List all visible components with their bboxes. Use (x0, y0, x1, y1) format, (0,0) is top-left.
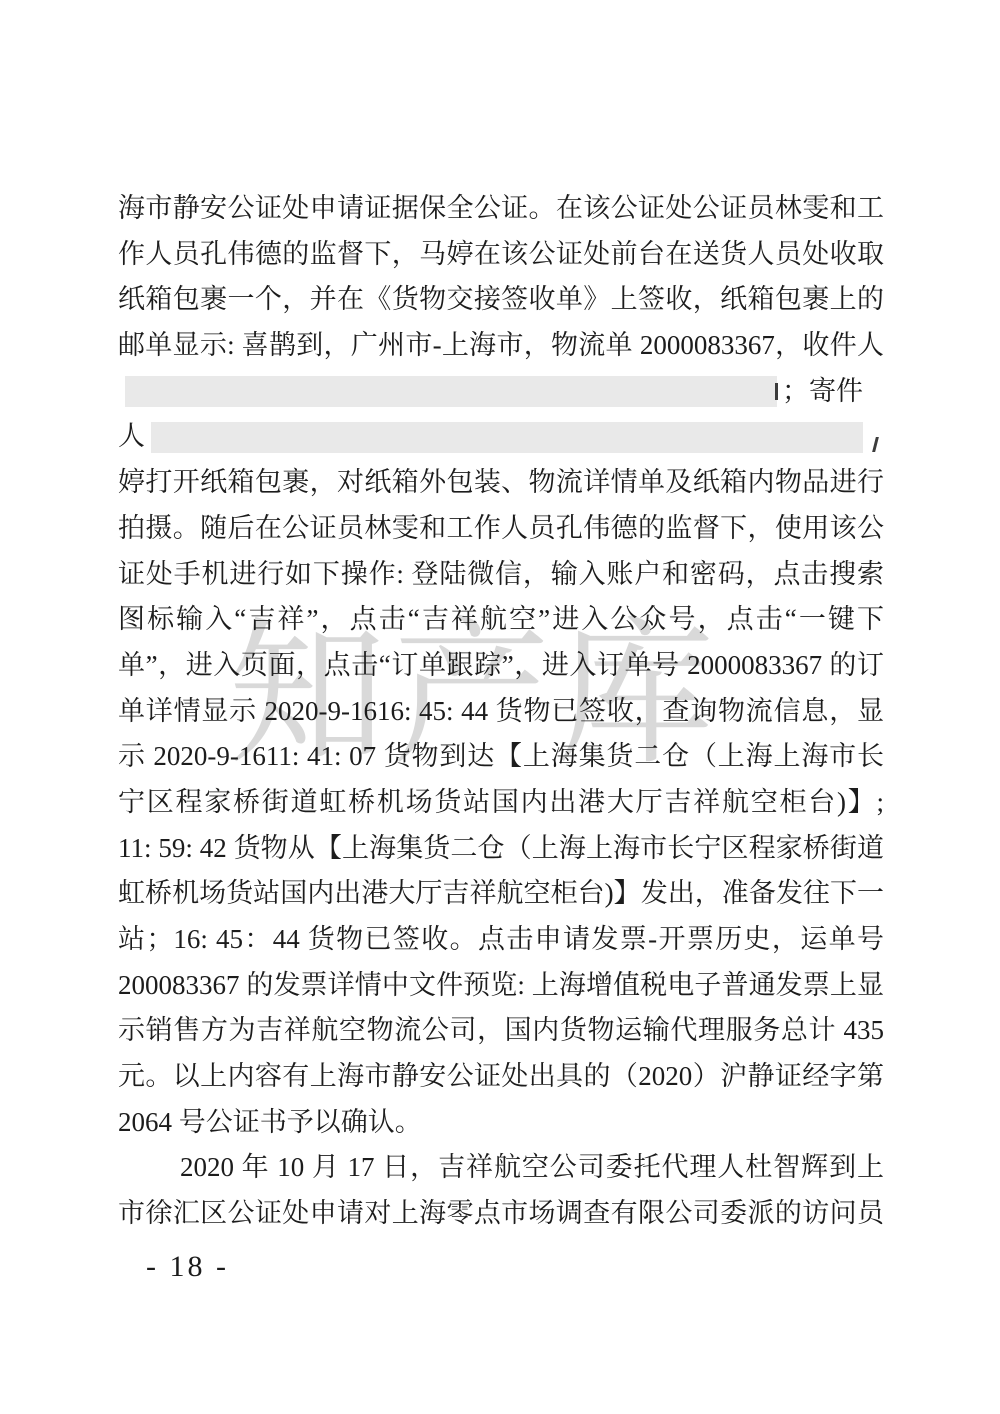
text-line-4: 邮单显示: 喜鹊到，广州市-上海市，物流单 2000083367，收件人 (118, 323, 884, 369)
document-body-text: 海市静安公证处申请证据保全公证。在该公证处公证员林雯和工 作人员孔伟德的监督下，… (118, 186, 884, 1237)
text-line-7: 婷打开纸箱包裹，对纸箱外包装、物流详情单及纸箱内物品进行 (118, 460, 884, 506)
text-line-2: 作人员孔伟德的监督下，马婷在该公证处前台在送货人员处收取 (118, 232, 884, 278)
document-page: 知产库 海市静安公证处申请证据保全公证。在该公证处公证员林雯和工 作人员孔伟德的… (0, 0, 1000, 1414)
text-line-14: 宁区程家桥街道虹桥机场货站国内出港大厅吉祥航空柜台)】; (118, 780, 884, 826)
text-line-6-redacted: 人 (118, 414, 884, 460)
text-line-17: 站；16: 45：44 货物已签收。点击申请发票-开票历史，运单号 (118, 917, 884, 963)
text-line-13: 示 2020-9-1611: 41: 07 货物到达【上海集货二仓（上海上海市长 (118, 734, 884, 780)
text-line-6-prefix: 人 (118, 421, 145, 451)
text-line-9: 证处手机进行如下操作: 登陆微信，输入账户和密码，点击搜索 (118, 552, 884, 598)
redaction-bar (151, 422, 863, 453)
text-line-22: 2020 年 10 月 17 日，吉祥航空公司委托代理人杜智辉到上海 (118, 1145, 884, 1191)
text-line-3: 纸箱包裹一个，并在《货物交接签收单》上签收，纸箱包裹上的 (118, 277, 884, 323)
text-line-5-suffix: ；寄件 (782, 376, 863, 406)
redaction-bar (125, 376, 777, 407)
text-line-21: 2064 号公证书予以确认。 (118, 1100, 884, 1146)
text-line-10: 图标输入“吉祥”，点击“吉祥航空”进入公众号，点击“一键下 (118, 597, 884, 643)
text-line-1: 海市静安公证处申请证据保全公证。在该公证处公证员林雯和工 (118, 186, 884, 232)
page-number: - 18 - (146, 1250, 229, 1284)
text-line-11: 单”，进入页面，点击“订单跟踪”，进入订单号 2000083367 的订 (118, 643, 884, 689)
text-line-20: 元。以上内容有上海市静安公证处出具的（2020）沪静证经字第 (118, 1054, 884, 1100)
text-line-5-redacted: ；寄件 (118, 369, 884, 415)
text-line-12: 单详情显示 2020-9-1616: 45: 44 货物已签收，查询物流信息，显 (118, 689, 884, 735)
text-line-8: 拍摄。随后在公证员林雯和工作人员孔伟德的监督下，使用该公 (118, 506, 884, 552)
text-line-18: 200083367 的发票详情中文件预览: 上海增值税电子普通发票上显 (118, 963, 884, 1009)
text-line-19: 示销售方为吉祥航空物流公司，国内货物运输代理服务总计 435 (118, 1008, 884, 1054)
text-line-16: 虹桥机场货站国内出港大厅吉祥航空柜台)】发出，准备发往下一 (118, 871, 884, 917)
text-line-15: 11: 59: 42 货物从【上海集货二仓（上海上海市长宁区程家桥街道 (118, 826, 884, 872)
text-line-23: 市徐汇区公证处申请对上海零点市场调查有限公司委派的访问员 (118, 1191, 884, 1237)
